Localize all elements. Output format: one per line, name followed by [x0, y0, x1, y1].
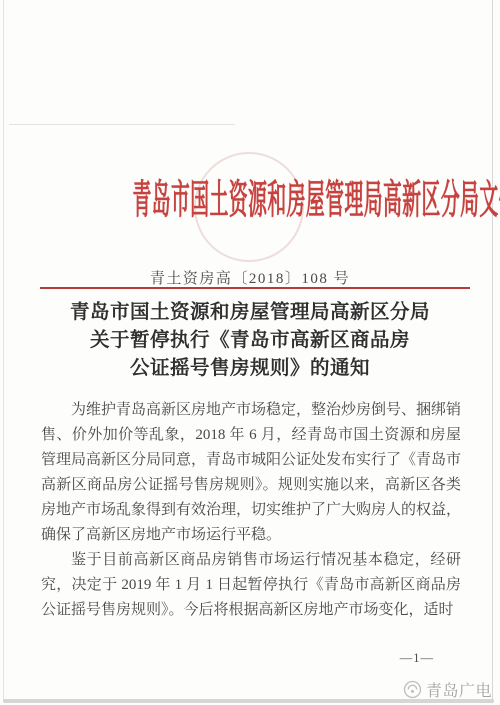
body-paragraph-2: 鉴于目前高新区商品房销售市场运行情况基本稳定，经研究，决定于 2019 年 1 … — [41, 548, 461, 623]
qingdao-broadcast-logo-icon — [403, 680, 422, 699]
page-number: —1— — [400, 651, 434, 666]
letterhead-agency-title: 青岛市国土资源和房屋管理局高新区分局文件 — [133, 168, 368, 225]
red-separator-rule — [40, 287, 470, 289]
body-paragraph-1: 为维护青岛高新区房地产市场稳定，整治炒房倒号、捆绑销售、价外加价等乱象，2018… — [41, 398, 461, 548]
document-title-line-3: 公证摇号售房规则》的通知 — [0, 355, 500, 383]
document-reference-number: 青土资房高〔2018〕108 号 — [0, 267, 500, 288]
document-body: 为维护青岛高新区房地产市场稳定，整治炒房倒号、捆绑销售、价外加价等乱象，2018… — [41, 398, 461, 623]
document-title: 青岛市国土资源和房屋管理局高新区分局 关于暂停执行《青岛市高新区商品房 公证摇号… — [0, 299, 500, 383]
scanned-official-document: 青岛市国土资源和房屋管理局高新区分局文件 青土资房高〔2018〕108 号 青岛… — [0, 0, 500, 705]
watermark-label: 青岛广电 — [426, 678, 492, 701]
document-title-line-1: 青岛市国土资源和房屋管理局高新区分局 — [0, 299, 500, 327]
document-title-line-2: 关于暂停执行《青岛市高新区商品房 — [0, 327, 500, 355]
scan-artifact-line — [9, 124, 235, 125]
broadcaster-watermark: 青岛广电 — [403, 678, 492, 701]
